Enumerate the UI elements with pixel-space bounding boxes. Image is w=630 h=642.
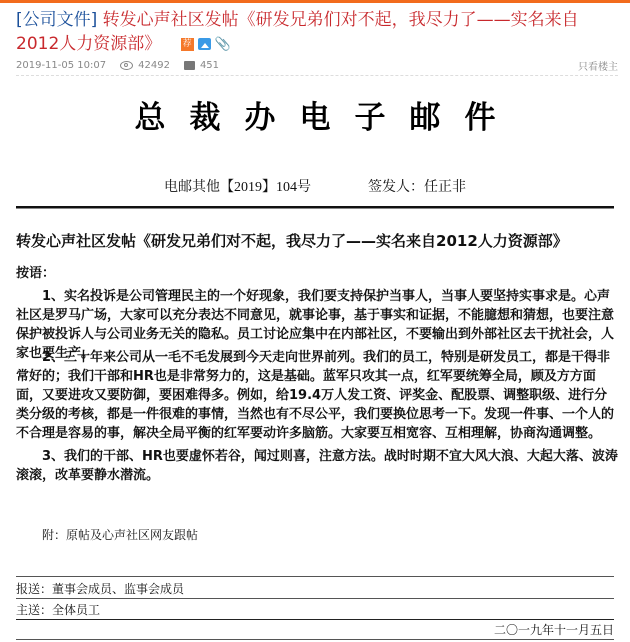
footer-rule-1 — [16, 576, 614, 577]
document-number: 电邮其他【2019】104号 — [164, 180, 311, 195]
post-title: [公司文件] 转发心声社区发帖《研发兄弟们对不起，我尽力了——实名来自2012人… — [16, 8, 616, 56]
post-category[interactable]: [公司文件] — [16, 10, 97, 30]
view-count-value: 42492 — [138, 60, 170, 71]
paperclip-icon: 📎 — [215, 38, 231, 51]
header-rule — [16, 206, 614, 208]
image-icon — [198, 38, 211, 50]
view-count: 42492 — [120, 60, 170, 71]
document-signer: 签发人：任正非 — [368, 180, 466, 195]
paragraph-2: 2、三十年来公司从一毛不毛发展到今天走向世界前列。我们的员工，特别是研发员工，都… — [16, 348, 618, 443]
document-date: 二〇一九年十一月五日 — [494, 621, 614, 638]
preface-label: 按语： — [16, 262, 55, 281]
comment-count-value: 451 — [200, 60, 219, 71]
recommend-icon: 荐 — [181, 38, 194, 51]
footer-rule-2 — [16, 598, 614, 599]
document-heading: 总裁办电子邮件 — [0, 92, 630, 137]
comment-count: 451 — [184, 60, 219, 71]
send-to: 主送：全体员工 — [16, 601, 100, 618]
post-badges: 荐 📎 — [181, 38, 231, 51]
report-to: 报送：董事会成员、监事会成员 — [16, 580, 184, 597]
article-title: 转发心声社区发帖《研发兄弟们对不起，我尽力了——实名来自2012人力资源部》 — [16, 230, 616, 251]
meta-divider — [16, 75, 618, 76]
attachment-note: 附：原帖及心声社区网友跟帖 — [42, 526, 198, 543]
footer-rule-3 — [16, 619, 614, 620]
post-title-text: 转发心声社区发帖《研发兄弟们对不起，我尽力了——实名来自2012人力资源部》 — [16, 10, 579, 54]
post-meta: 2019-11-05 10:07 42492 451 只看楼主 — [16, 58, 618, 73]
only-op-link[interactable]: 只看楼主 — [578, 58, 618, 73]
footer-rule-4 — [16, 639, 614, 640]
post-timestamp: 2019-11-05 10:07 — [16, 60, 106, 71]
document-number-line: 电邮其他【2019】104号 签发人：任正非 — [0, 176, 630, 196]
paragraph-3: 3、我们的干部、HR也要虚怀若谷，闻过则喜，注意方法。战时时期不宜大风大浪、大起… — [16, 447, 618, 485]
eye-icon — [120, 61, 133, 70]
comment-icon — [184, 61, 195, 70]
top-accent-bar — [0, 0, 630, 3]
